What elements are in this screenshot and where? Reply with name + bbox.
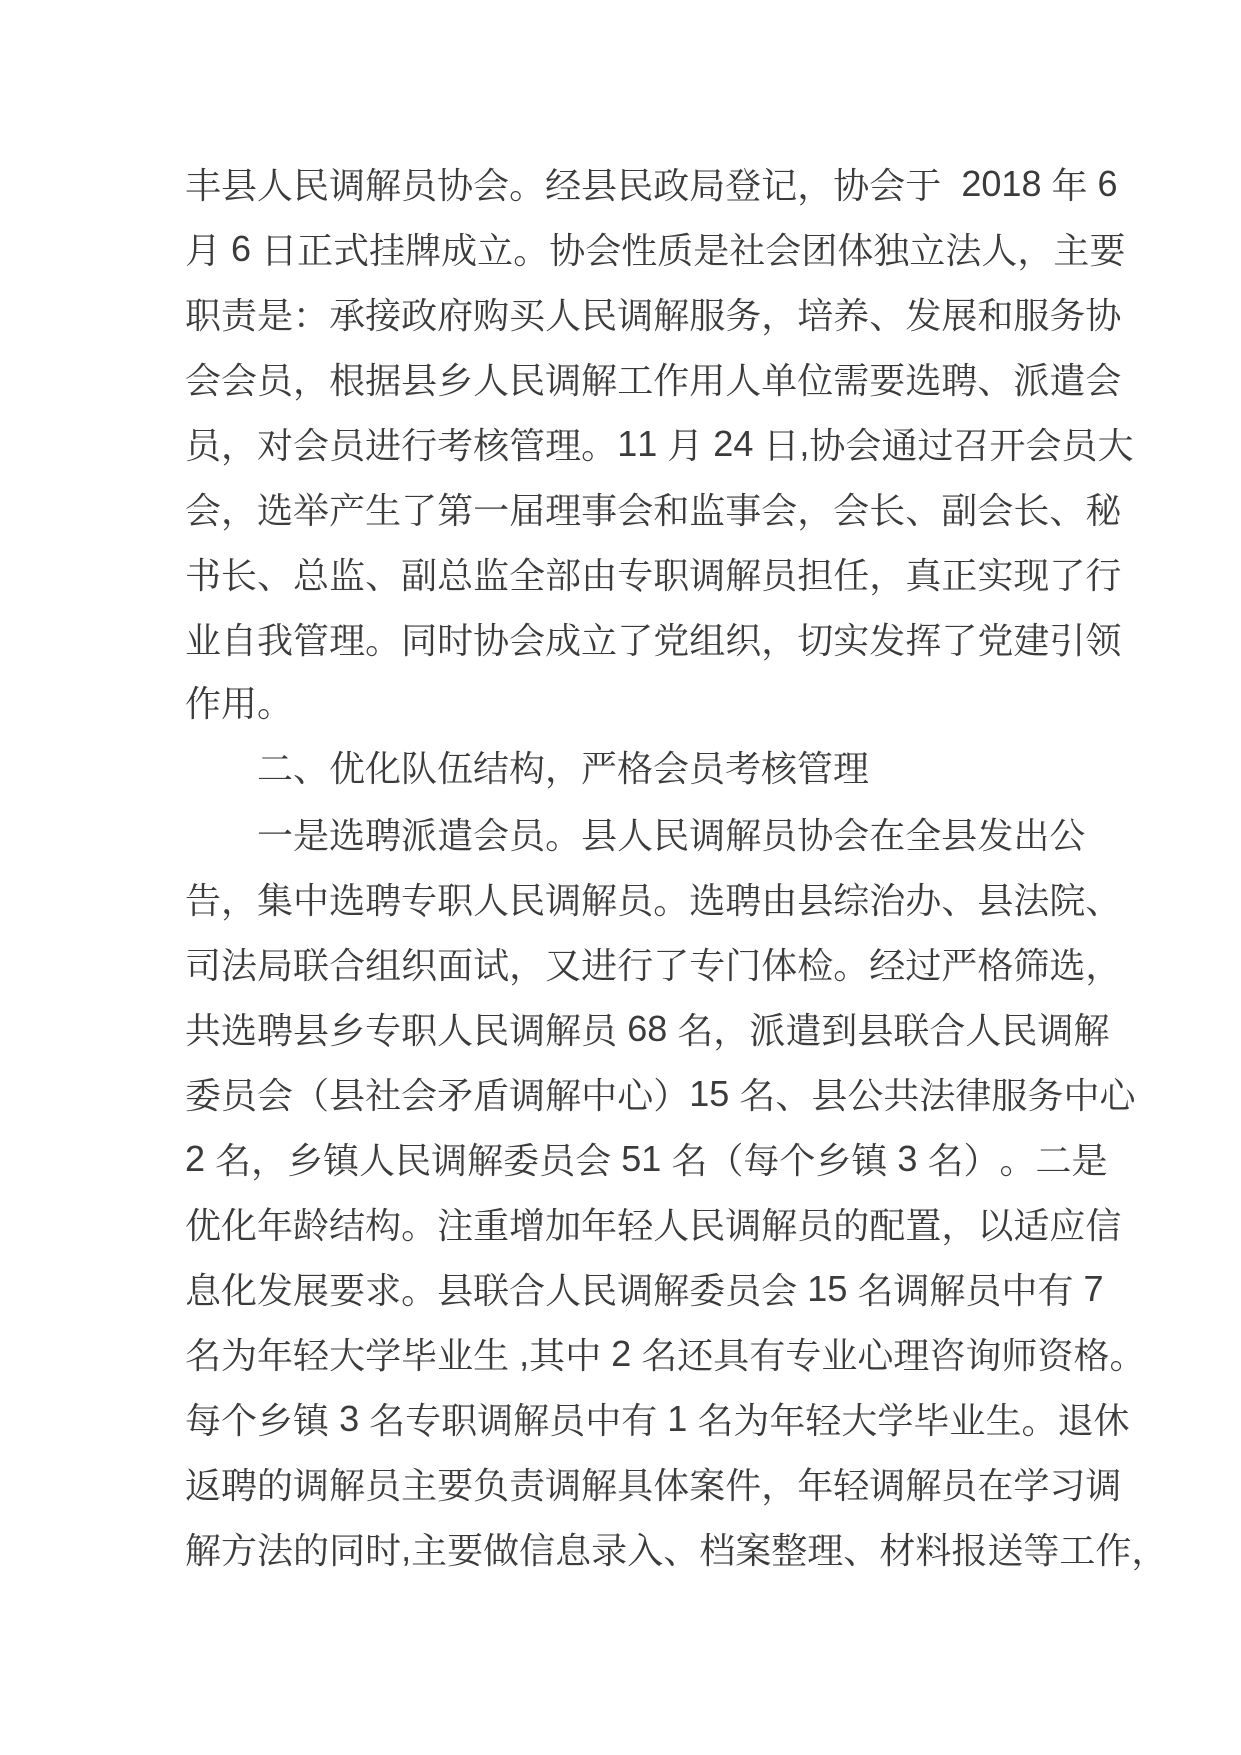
text-line: 优化年龄结构。注重增加年轻人民调解员的配置，以适应信: [185, 1191, 1056, 1256]
document-page: 丰县人民调解员协会。经县民政局登记，协会于 2018 年 6月 6 日正式挂牌成…: [0, 0, 1241, 1755]
text-line: 会会员，根据县乡人民调解工作用人单位需要选聘、派遣会: [185, 346, 1056, 411]
text-line: 2 名，乡镇人民调解委员会 51 名（每个乡镇 3 名）。二是: [185, 1126, 1056, 1191]
text-line: 共选聘县乡专职人民调解员 68 名，派遣到县联合人民调解: [185, 996, 1056, 1061]
text-line: 书长、总监、副总监全部由专职调解员担任，真正实现了行: [185, 541, 1056, 606]
text-line: 返聘的调解员主要负责调解具体案件，年轻调解员在学习调: [185, 1451, 1056, 1516]
text-line: 解方法的同时,主要做信息录入、档案整理、材料报送等工作，: [185, 1516, 1056, 1581]
section-heading: 二、优化队伍结构，严格会员考核管理: [185, 736, 1056, 801]
text-line: 职责是：承接政府购买人民调解服务，培养、发展和服务协: [185, 281, 1056, 346]
text-line: 会，选举产生了第一届理事会和监事会，会长、副会长、秘: [185, 476, 1056, 541]
text-line: 业自我管理。同时协会成立了党组织，切实发挥了党建引领: [185, 606, 1056, 671]
text-line: 丰县人民调解员协会。经县民政局登记，协会于 2018 年 6: [185, 151, 1056, 216]
text-line: 息化发展要求。县联合人民调解委员会 15 名调解员中有 7: [185, 1256, 1056, 1321]
text-line: 月 6 日正式挂牌成立。协会性质是社会团体独立法人，主要: [185, 216, 1056, 281]
text-line: 告，集中选聘专职人民调解员。选聘由县综治办、县法院、: [185, 866, 1056, 931]
text-line: 司法局联合组织面试，又进行了专门体检。经过严格筛选，: [185, 931, 1056, 996]
text-line: 员，对会员进行考核管理。11 月 24 日,协会通过召开会员大: [185, 411, 1056, 476]
text-line: 每个乡镇 3 名专职调解员中有 1 名为年轻大学毕业生。退休: [185, 1386, 1056, 1451]
text-line: 作用。: [185, 671, 1056, 736]
text-line: 名为年轻大学毕业生 ,其中 2 名还具有专业心理咨询师资格。: [185, 1321, 1056, 1386]
text-line: 一是选聘派遣会员。县人民调解员协会在全县发出公: [185, 801, 1056, 866]
text-line: 委员会（县社会矛盾调解中心）15 名、县公共法律服务中心: [185, 1061, 1056, 1126]
document-body: 丰县人民调解员协会。经县民政局登记，协会于 2018 年 6月 6 日正式挂牌成…: [185, 151, 1056, 1581]
